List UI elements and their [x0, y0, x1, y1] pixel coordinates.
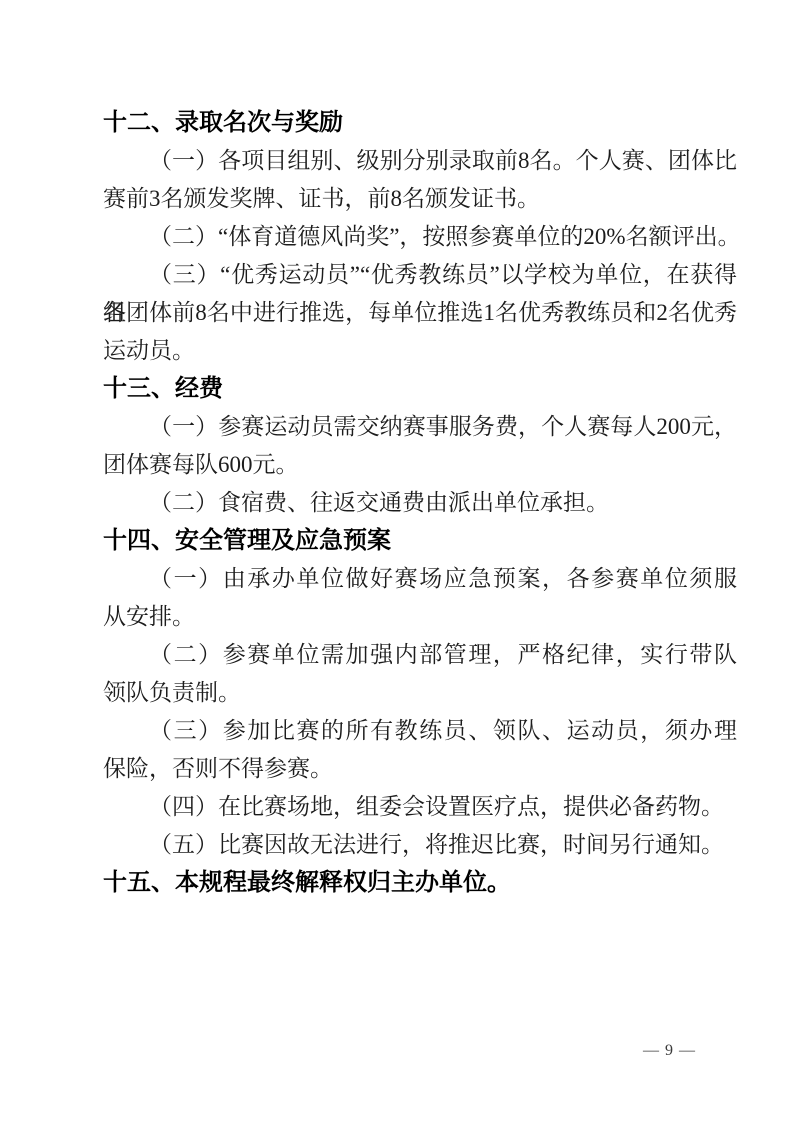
body-line: （四）在比赛场地，组委会设置医疗点，提供必备药物。 — [103, 788, 737, 826]
document-page: 十二、录取名次与奖励（一）各项目组别、级别分别录取前8名。个人赛、团体比赛前3名… — [0, 0, 800, 1130]
body-line: （三）“优秀运动员”“优秀教练员”以学校为单位，在获得各 — [103, 256, 737, 294]
body-line: （二）参赛单位需加强内部管理，严格纪律，实行带队 — [103, 636, 737, 674]
body-line: 运动员。 — [103, 332, 737, 370]
body-line: （一）参赛运动员需交纳赛事服务费，个人赛每人200元， — [103, 408, 737, 446]
body-line: 团体赛每队600元。 — [103, 446, 737, 484]
heading-line: 十三、经费 — [103, 370, 737, 408]
body-line: 赛前3名颁发奖牌、证书，前8名颁发证书。 — [103, 180, 737, 218]
document-body: 十二、录取名次与奖励（一）各项目组别、级别分别录取前8名。个人赛、团体比赛前3名… — [103, 104, 737, 902]
body-line: （一）由承办单位做好赛场应急预案，各参赛单位须服 — [103, 560, 737, 598]
body-line: （一）各项目组别、级别分别录取前8名。个人赛、团体比 — [103, 142, 737, 180]
body-line: 组团体前8名中进行推选，每单位推选1名优秀教练员和2名优秀 — [103, 294, 737, 332]
heading-line: 十五、本规程最终解释权归主办单位。 — [103, 864, 737, 902]
body-line: 保险，否则不得参赛。 — [103, 750, 737, 788]
body-line: 从安排。 — [103, 598, 737, 636]
body-line: （二）“体育道德风尚奖”，按照参赛单位的20%名额评出。 — [103, 218, 737, 256]
body-line: （三）参加比赛的所有教练员、领队、运动员，须办理 — [103, 712, 737, 750]
body-line: 领队负责制。 — [103, 674, 737, 712]
body-line: （二）食宿费、往返交通费由派出单位承担。 — [103, 484, 737, 522]
heading-line: 十二、录取名次与奖励 — [103, 104, 737, 142]
heading-line: 十四、安全管理及应急预案 — [103, 522, 737, 560]
body-line: （五）比赛因故无法进行，将推迟比赛，时间另行通知。 — [103, 826, 737, 864]
page-number: — 9 — — [643, 1042, 696, 1060]
